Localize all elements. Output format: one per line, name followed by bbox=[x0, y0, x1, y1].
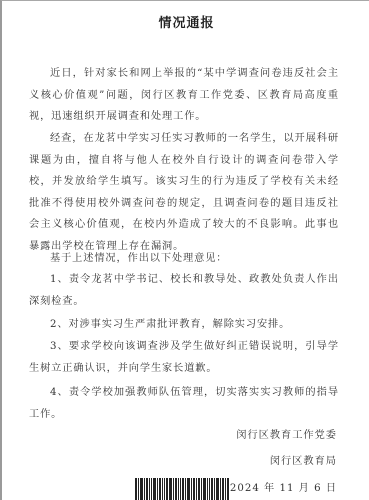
document-page: 情况通报 近日，针对家长和网上举报的“某中学调查问卷违反社会主义核心价值观”问题… bbox=[0, 0, 369, 500]
paragraph-decision-lead: 基于上述情况，作出以下处理意见： bbox=[29, 248, 339, 270]
barcode-icon bbox=[135, 478, 241, 500]
measure-item-1: 1、责令龙茗中学书记、校长和教导处、政教处负责人作出深刻检查。 bbox=[29, 269, 339, 312]
signature-org-education-bureau: 闵行区教育局 bbox=[270, 452, 337, 467]
paragraph-findings: 经查，在龙茗中学实习任实习教师的一名学生，以开展科研课题为由，擅自将与他人在校外… bbox=[29, 128, 339, 257]
signature-date: 2024 年 11 月 6 日 bbox=[230, 479, 337, 494]
measure-item-2: 2、对涉事实习生严肃批评教育，解除实习安排。 bbox=[29, 314, 339, 336]
document-title: 情况通报 bbox=[2, 12, 369, 31]
signature-org-party-committee: 闵行区教育工作党委 bbox=[236, 426, 337, 441]
paragraph-intro: 近日，针对家长和网上举报的“某中学调查问卷违反社会主义核心价值观”问题，闵行区教… bbox=[29, 63, 339, 128]
measure-item-4: 4、责令学校加强教师队伍管理，切实落实实习教师的指导工作。 bbox=[29, 382, 339, 425]
measure-item-3: 3、要求学校向该调查涉及学生做好纠正错误说明，引导学生树立正确认识，并向学生家长… bbox=[29, 336, 339, 379]
